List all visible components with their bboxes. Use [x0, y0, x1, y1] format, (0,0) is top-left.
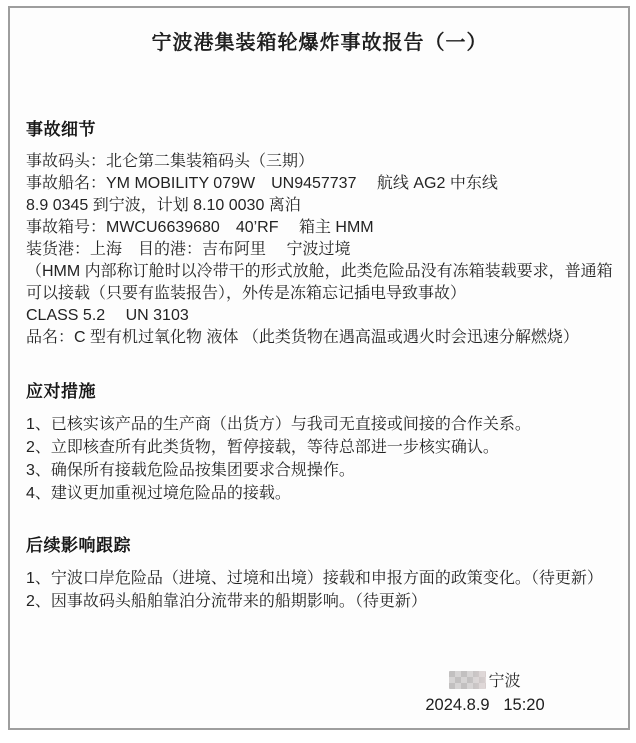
- report-line: 2、因事故码头船舶靠泊分流带来的船期影响。（待更新）: [26, 590, 613, 613]
- report-line: 事故箱号：MWCU6639680 40’RF 箱主 HMM: [26, 217, 613, 239]
- report-line: 装货港：上海 目的港：吉布阿里 宁波过境: [26, 239, 613, 261]
- report-line: 8.9 0345 到宁波，计划 8.10 0030 离泊: [26, 195, 613, 217]
- section-heading-response-measures: 应对措施: [26, 380, 613, 404]
- redaction-mosaic: [449, 671, 486, 689]
- report-line: 事故船名：YM MOBILITY 079W UN9457737 航线 AG2 中…: [26, 173, 613, 195]
- report-page: 宁波港集装箱轮爆炸事故报告（一） 事故细节 事故码头：北仑第二集装箱码头（三期）…: [8, 6, 630, 730]
- report-line: CLASS 5.2 UN 3103: [26, 305, 613, 327]
- section-followup-tracking: 后续影响跟踪 1、宁波口岸危险品（进境、过境和出境）接载和申报方面的政策变化。（…: [26, 534, 613, 613]
- report-line: 品名：C 型有机过氧化物 液体 （此类货物在遇高温或遇火时会迅速分解燃烧）: [26, 327, 613, 349]
- report-datetime: 2024.8.9 15:20: [385, 693, 585, 717]
- report-line: 1、宁波口岸危险品（进境、过境和出境）接载和申报方面的政策变化。（待更新）: [26, 567, 613, 590]
- report-line: 1、已核实该产品的生产商（出货方）与我司无直接或间接的合作关系。: [26, 413, 613, 436]
- signature-line: 宁波: [385, 671, 585, 693]
- report-line: 3、确保所有接载危险品按集团要求合规操作。: [26, 459, 613, 482]
- section-response-measures: 应对措施 1、已核实该产品的生产商（出货方）与我司无直接或间接的合作关系。 2、…: [26, 380, 613, 505]
- signer-name: 宁波: [488, 673, 520, 690]
- report-line: 4、建议更加重视过境危险品的接载。: [26, 482, 613, 505]
- report-title: 宁波港集装箱轮爆炸事故报告（一）: [26, 28, 613, 58]
- report-line: 事故码头：北仑第二集装箱码头（三期）: [26, 151, 613, 173]
- section-heading-accident-details: 事故细节: [26, 118, 613, 142]
- section-heading-followup-tracking: 后续影响跟踪: [26, 534, 613, 558]
- report-line: 2、立即核查所有此类货物，暂停接载，等待总部进一步核实确认。: [26, 436, 613, 459]
- report-line: （HMM 内部称订舱时以冷带干的形式放舱，此类危险品没有冻箱装载要求，普通箱可以…: [26, 261, 613, 305]
- report-footer: 宁波 2024.8.9 15:20: [385, 671, 585, 717]
- section-accident-details: 事故细节 事故码头：北仑第二集装箱码头（三期） 事故船名：YM MOBILITY…: [26, 118, 613, 349]
